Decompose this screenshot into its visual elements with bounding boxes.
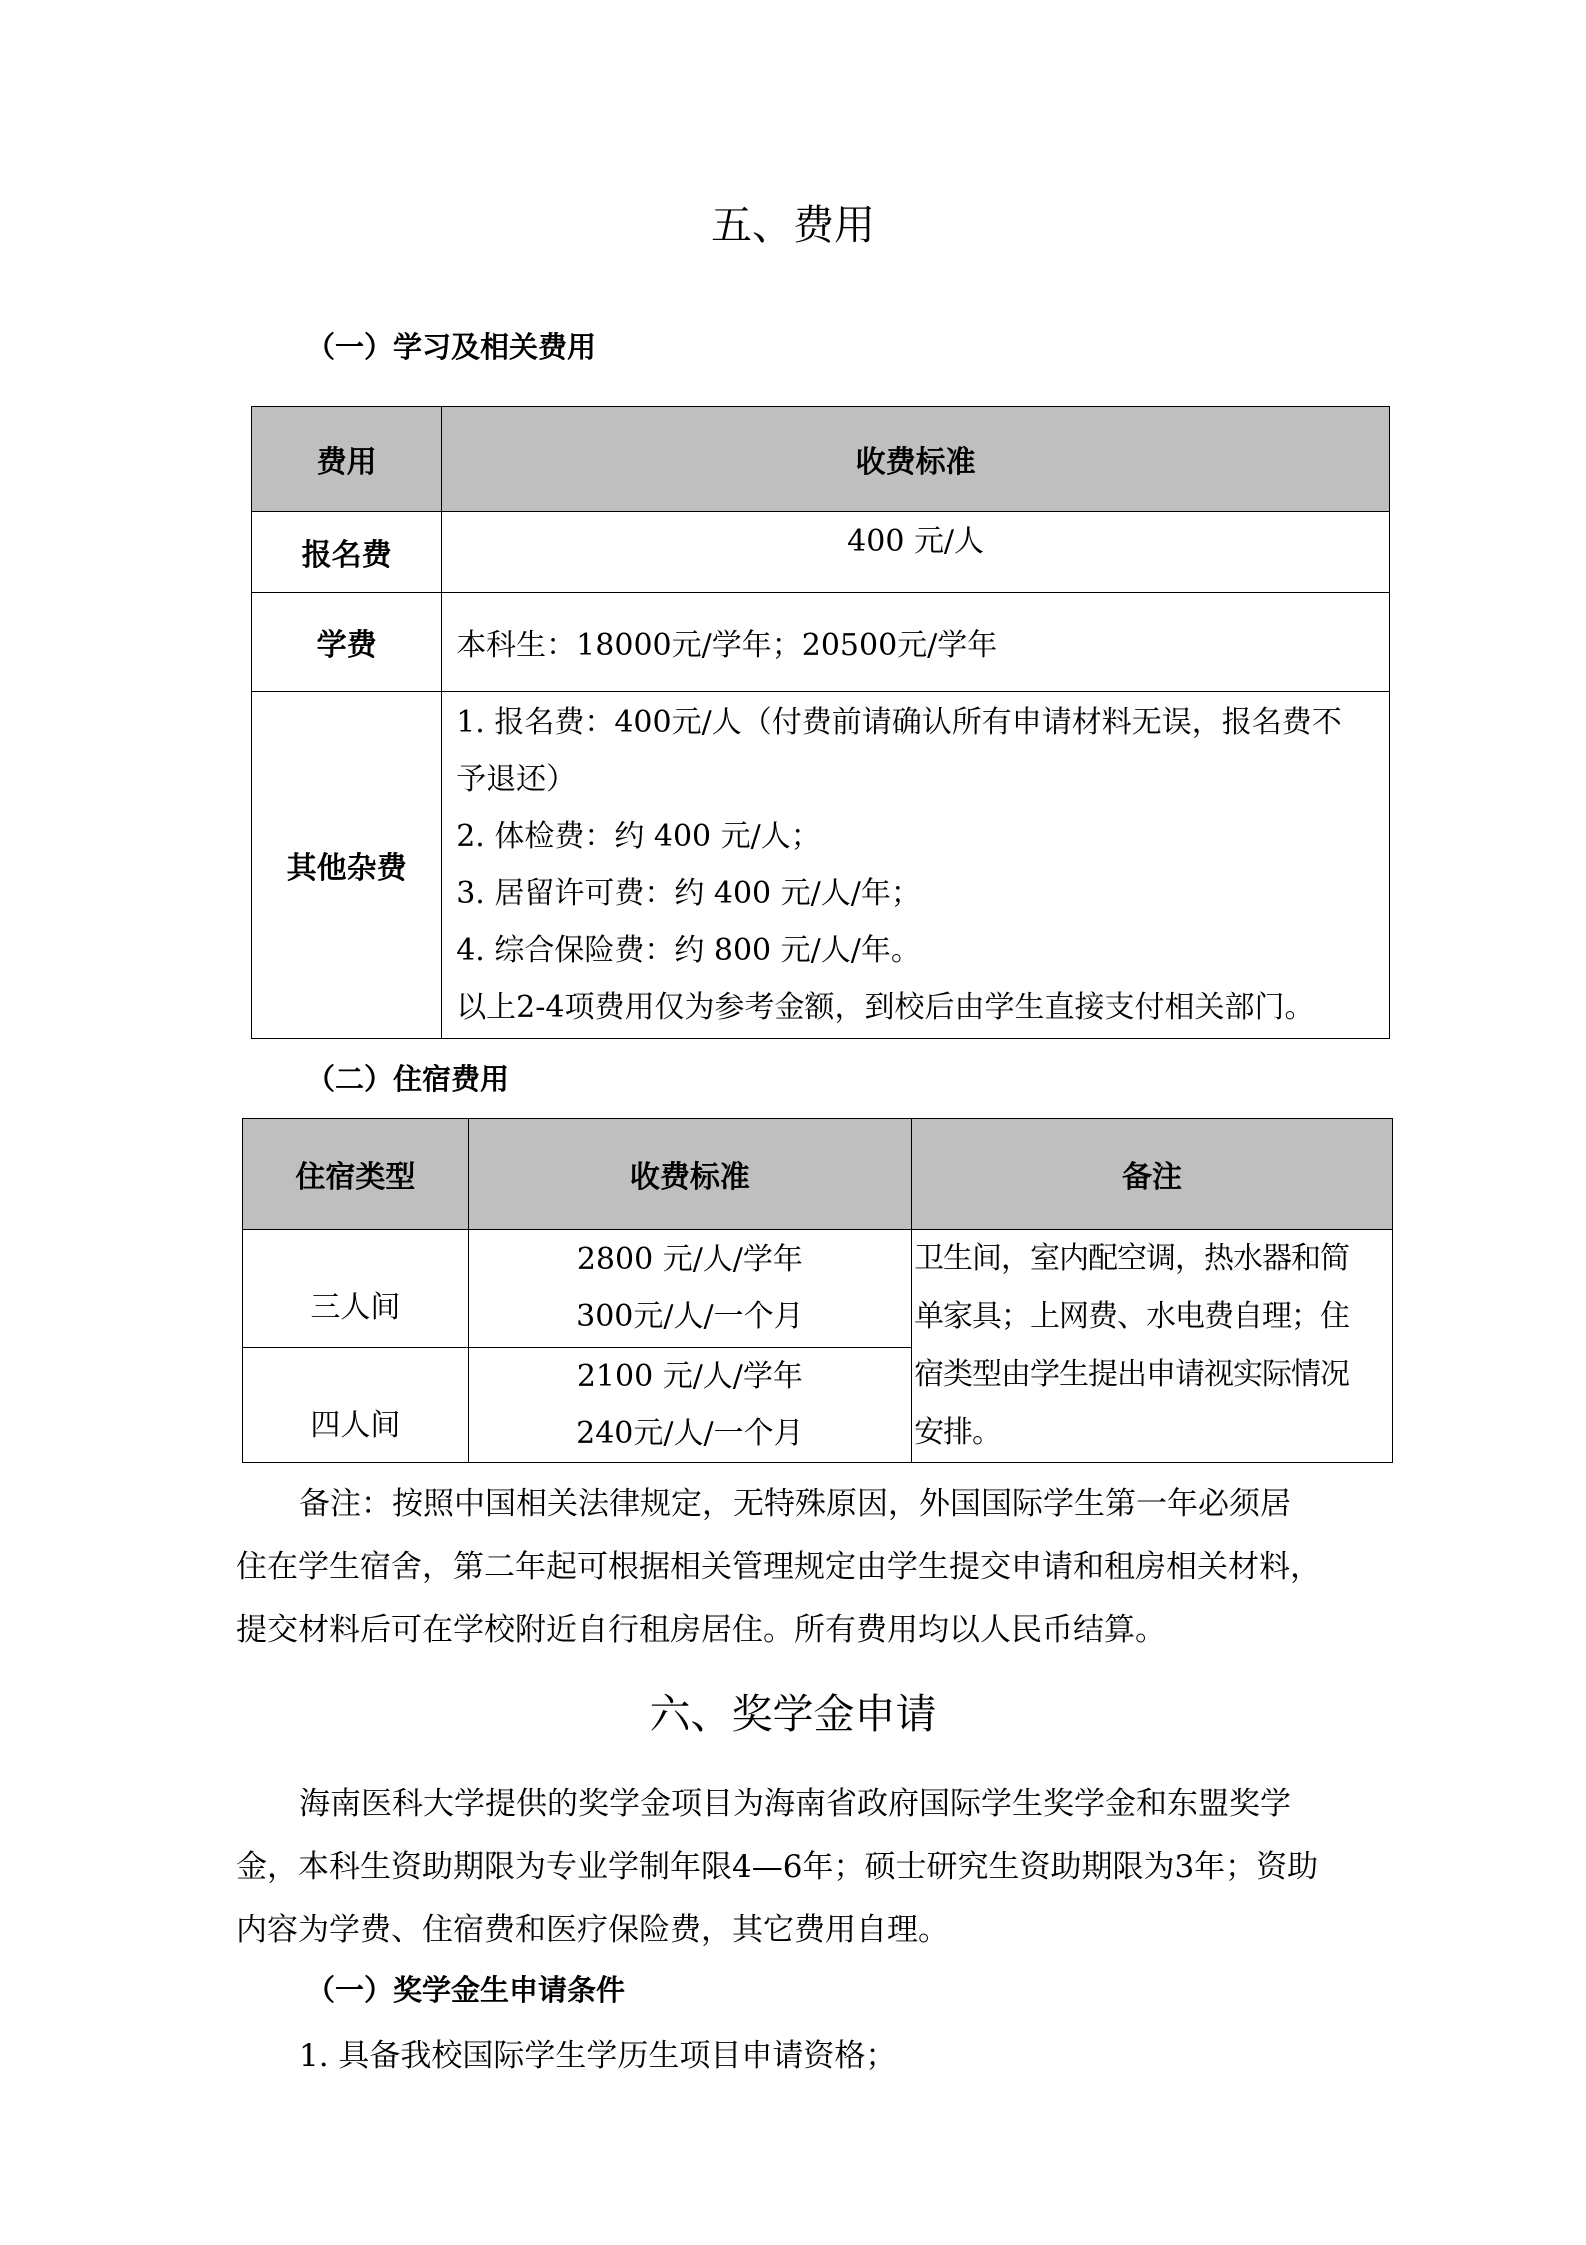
intro-line-2: 金，本科生资助期限为专业学制年限4—6年；硕士研究生资助期限为3年；资助 xyxy=(236,1841,1318,1886)
table-row: 三人间 2800 元/人/学年 300元/人/一个月 卫生间，室内配空调，热水器… xyxy=(243,1230,1393,1348)
study-fees-table: 费用 收费标准 报名费 400 元/人 学费 本科生：18000元/学年；205… xyxy=(251,406,1390,1039)
room-type-quad: 四人间 xyxy=(243,1347,469,1463)
room-fee-quad: 2100 元/人/学年 240元/人/一个月 xyxy=(468,1347,911,1463)
note-line-2: 住在学生宿舍，第二年起可根据相关管理规定由学生提交申请和租房相关材料， xyxy=(236,1541,1321,1586)
misc-fee-line: 予退还） xyxy=(456,751,1379,808)
row-value-misc-fees: 1. 报名费：400元/人（付费前请确认所有申请材料无误，报名费不 予退还） 2… xyxy=(442,692,1390,1039)
row-label-misc-fees: 其他杂费 xyxy=(252,692,442,1039)
remark-line: 安排。 xyxy=(914,1404,1392,1462)
header-cell-fee: 费用 xyxy=(252,407,442,512)
header-cell-standard: 收费标准 xyxy=(442,407,1390,512)
fee-line: 300元/人/一个月 xyxy=(469,1288,911,1345)
accommodation-remark: 卫生间，室内配空调，热水器和简 单家具；上网费、水电费自理；住 宿类型由学生提出… xyxy=(912,1230,1393,1463)
fee-line: 2800 元/人/学年 xyxy=(469,1231,911,1288)
row-value-tuition: 本科生：18000元/学年；20500元/学年 xyxy=(442,593,1390,692)
intro-line-3: 内容为学费、住宿费和医疗保险费，其它费用自理。 xyxy=(236,1904,949,1949)
subheading-scholarship-conditions: （一）奖学金生申请条件 xyxy=(306,1968,625,2009)
misc-fee-line: 1. 报名费：400元/人（付费前请确认所有申请材料无误，报名费不 xyxy=(456,694,1379,751)
table-header-row: 费用 收费标准 xyxy=(252,407,1390,512)
header-cell-standard: 收费标准 xyxy=(468,1119,911,1230)
remark-line: 宿类型由学生提出申请视实际情况 xyxy=(914,1346,1392,1404)
header-cell-remark: 备注 xyxy=(912,1119,1393,1230)
note-line-1: 备注：按照中国相关法律规定，无特殊原因，外国国际学生第一年必须居 xyxy=(299,1478,1291,1523)
note-line-3: 提交材料后可在学校附近自行租房居住。所有费用均以人民币结算。 xyxy=(236,1604,1166,1649)
room-fee-triple: 2800 元/人/学年 300元/人/一个月 xyxy=(468,1230,911,1348)
row-label-tuition: 学费 xyxy=(252,593,442,692)
table-header-row: 住宿类型 收费标准 备注 xyxy=(243,1119,1393,1230)
fee-line: 240元/人/一个月 xyxy=(469,1405,911,1462)
remark-line: 单家具；上网费、水电费自理；住 xyxy=(914,1288,1392,1346)
section-title-scholarship: 六、奖学金申请 xyxy=(0,1681,1586,1740)
header-cell-room-type: 住宿类型 xyxy=(243,1119,469,1230)
table-row: 其他杂费 1. 报名费：400元/人（付费前请确认所有申请材料无误，报名费不 予… xyxy=(252,692,1390,1039)
misc-fee-line: 4. 综合保险费：约 800 元/人/年。 xyxy=(456,922,1379,979)
misc-fee-line: 以上2-4项费用仅为参考金额，到校后由学生直接支付相关部门。 xyxy=(456,979,1379,1036)
remark-line: 卫生间，室内配空调，热水器和简 xyxy=(914,1230,1392,1288)
misc-fee-line: 2. 体检费：约 400 元/人； xyxy=(456,808,1379,865)
row-label-application-fee: 报名费 xyxy=(252,512,442,593)
subheading-accommodation-fees: （二）住宿费用 xyxy=(306,1057,509,1098)
fee-line: 2100 元/人/学年 xyxy=(469,1348,911,1405)
row-value-application-fee: 400 元/人 xyxy=(442,512,1390,593)
subheading-study-fees: （一）学习及相关费用 xyxy=(306,325,596,366)
condition-item-1: 1. 具备我校国际学生学历生项目申请资格； xyxy=(299,2030,896,2075)
intro-line-1: 海南医科大学提供的奖学金项目为海南省政府国际学生奖学金和东盟奖学 xyxy=(299,1778,1291,1823)
misc-fee-line: 3. 居留许可费：约 400 元/人/年； xyxy=(456,865,1379,922)
room-type-triple: 三人间 xyxy=(243,1230,469,1348)
accommodation-fees-table: 住宿类型 收费标准 备注 三人间 2800 元/人/学年 300元/人/一个月 … xyxy=(242,1118,1393,1463)
table-row: 报名费 400 元/人 xyxy=(252,512,1390,593)
section-title-fees: 五、费用 xyxy=(0,192,1586,251)
table-row: 学费 本科生：18000元/学年；20500元/学年 xyxy=(252,593,1390,692)
